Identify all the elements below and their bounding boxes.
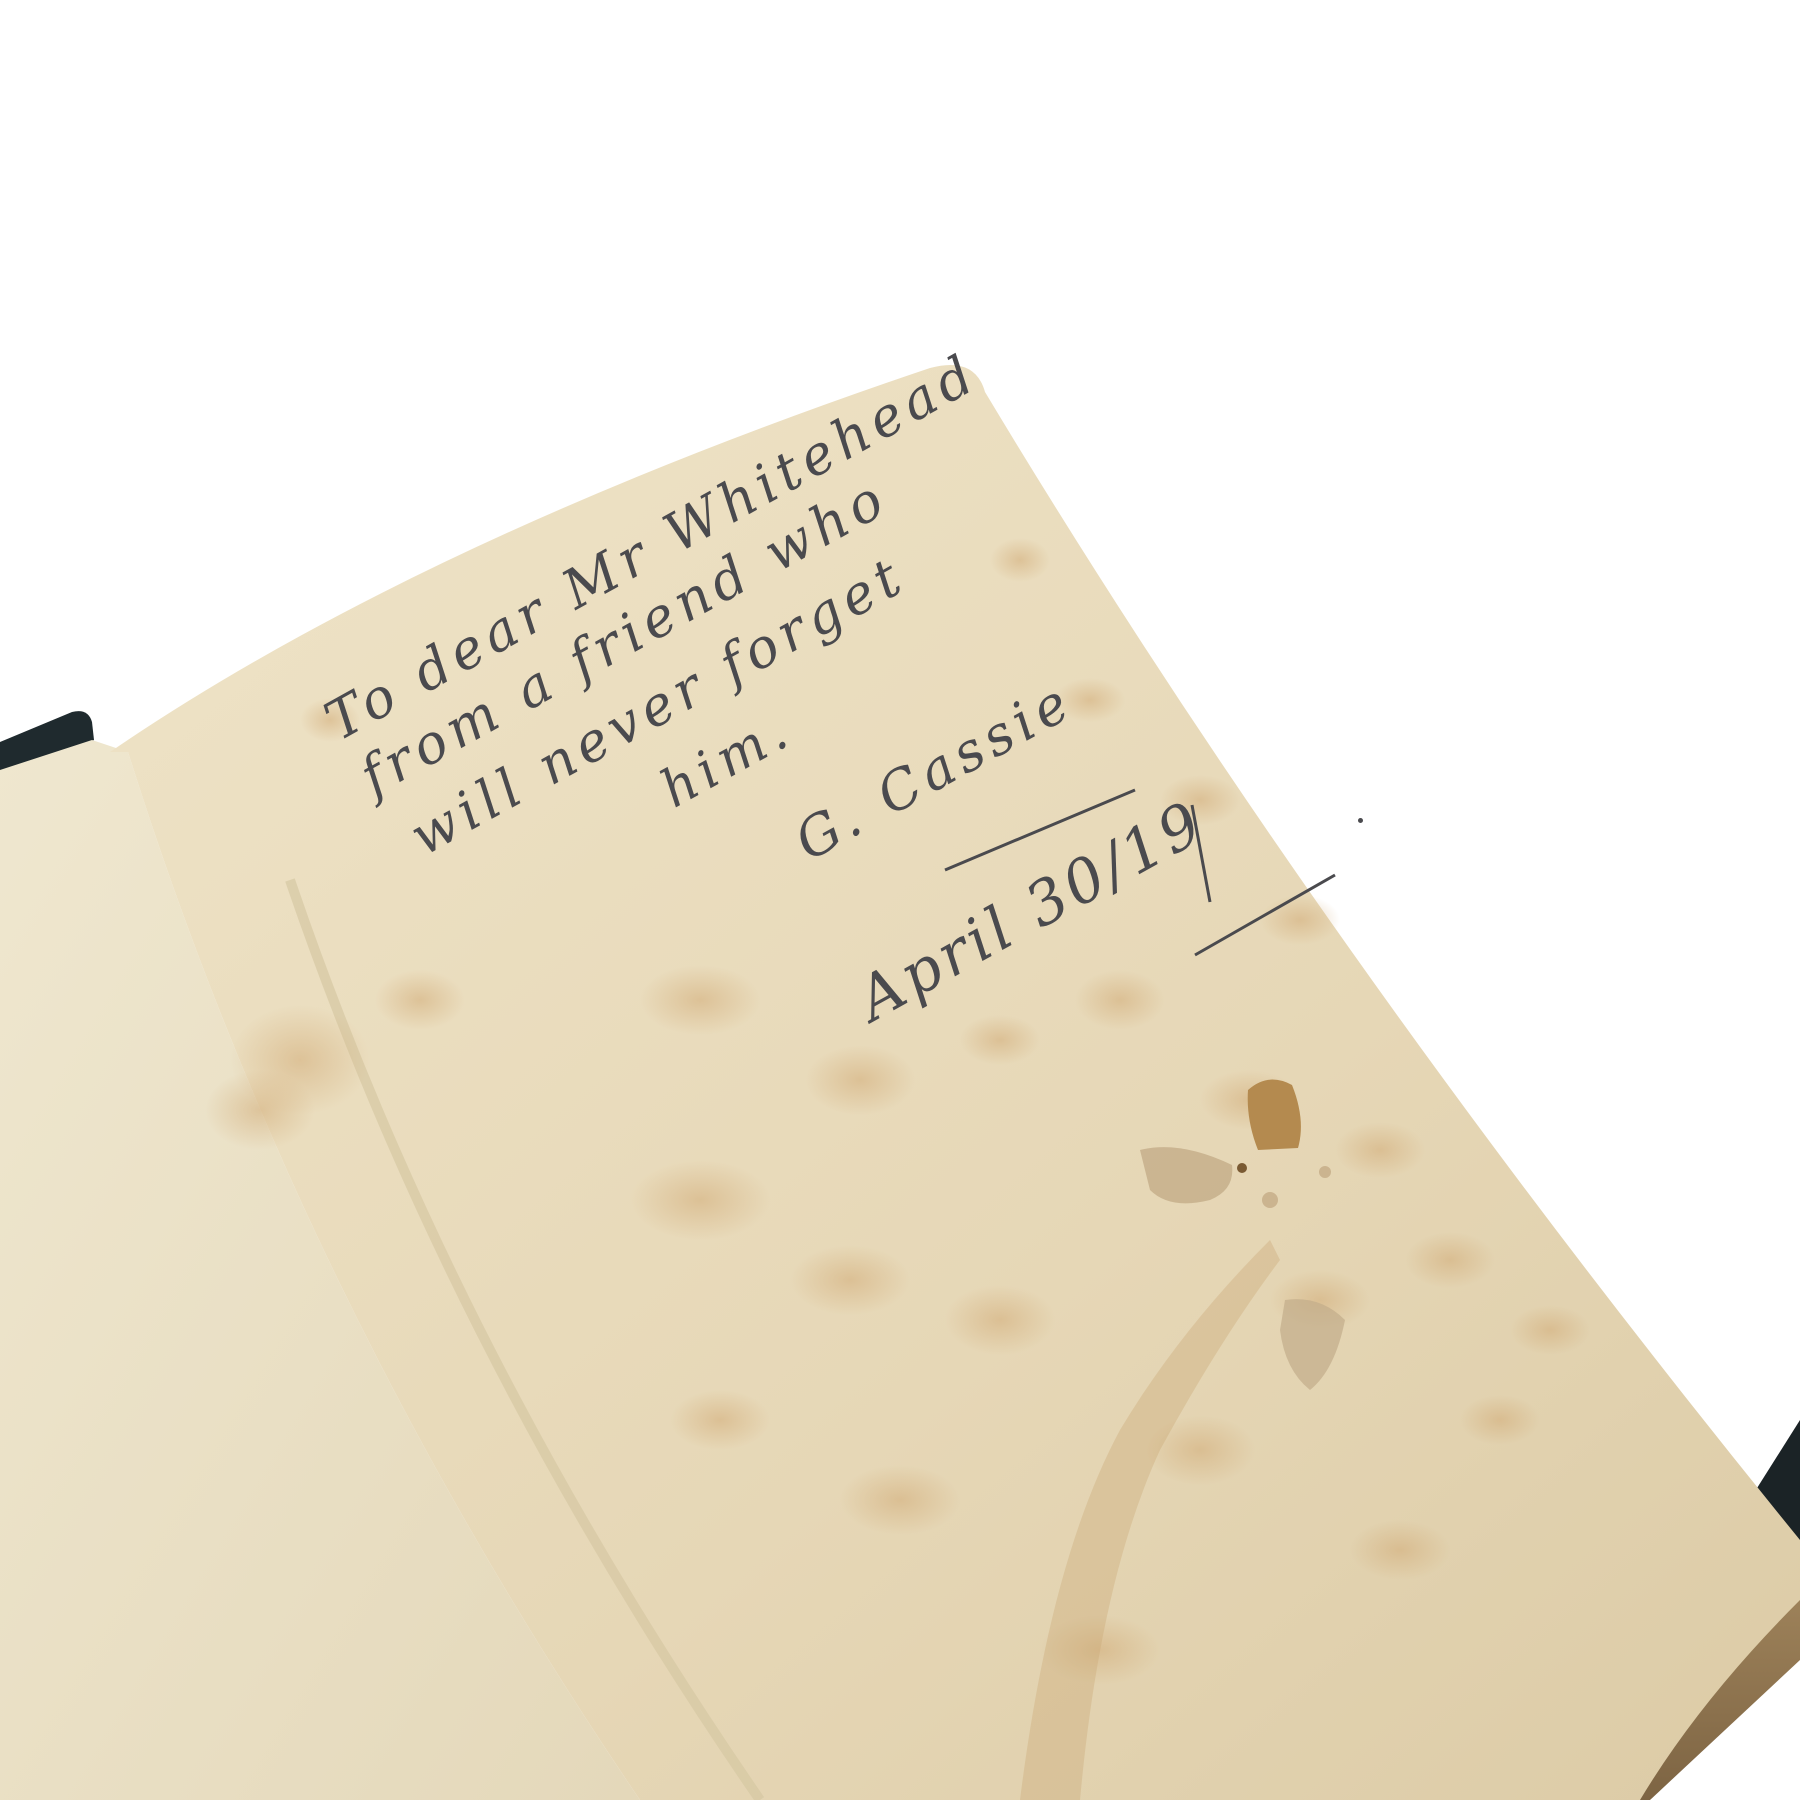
open-book [0,0,1800,1800]
photo-scene: To dear Mr Whitehead from a friend who w… [0,0,1800,1800]
